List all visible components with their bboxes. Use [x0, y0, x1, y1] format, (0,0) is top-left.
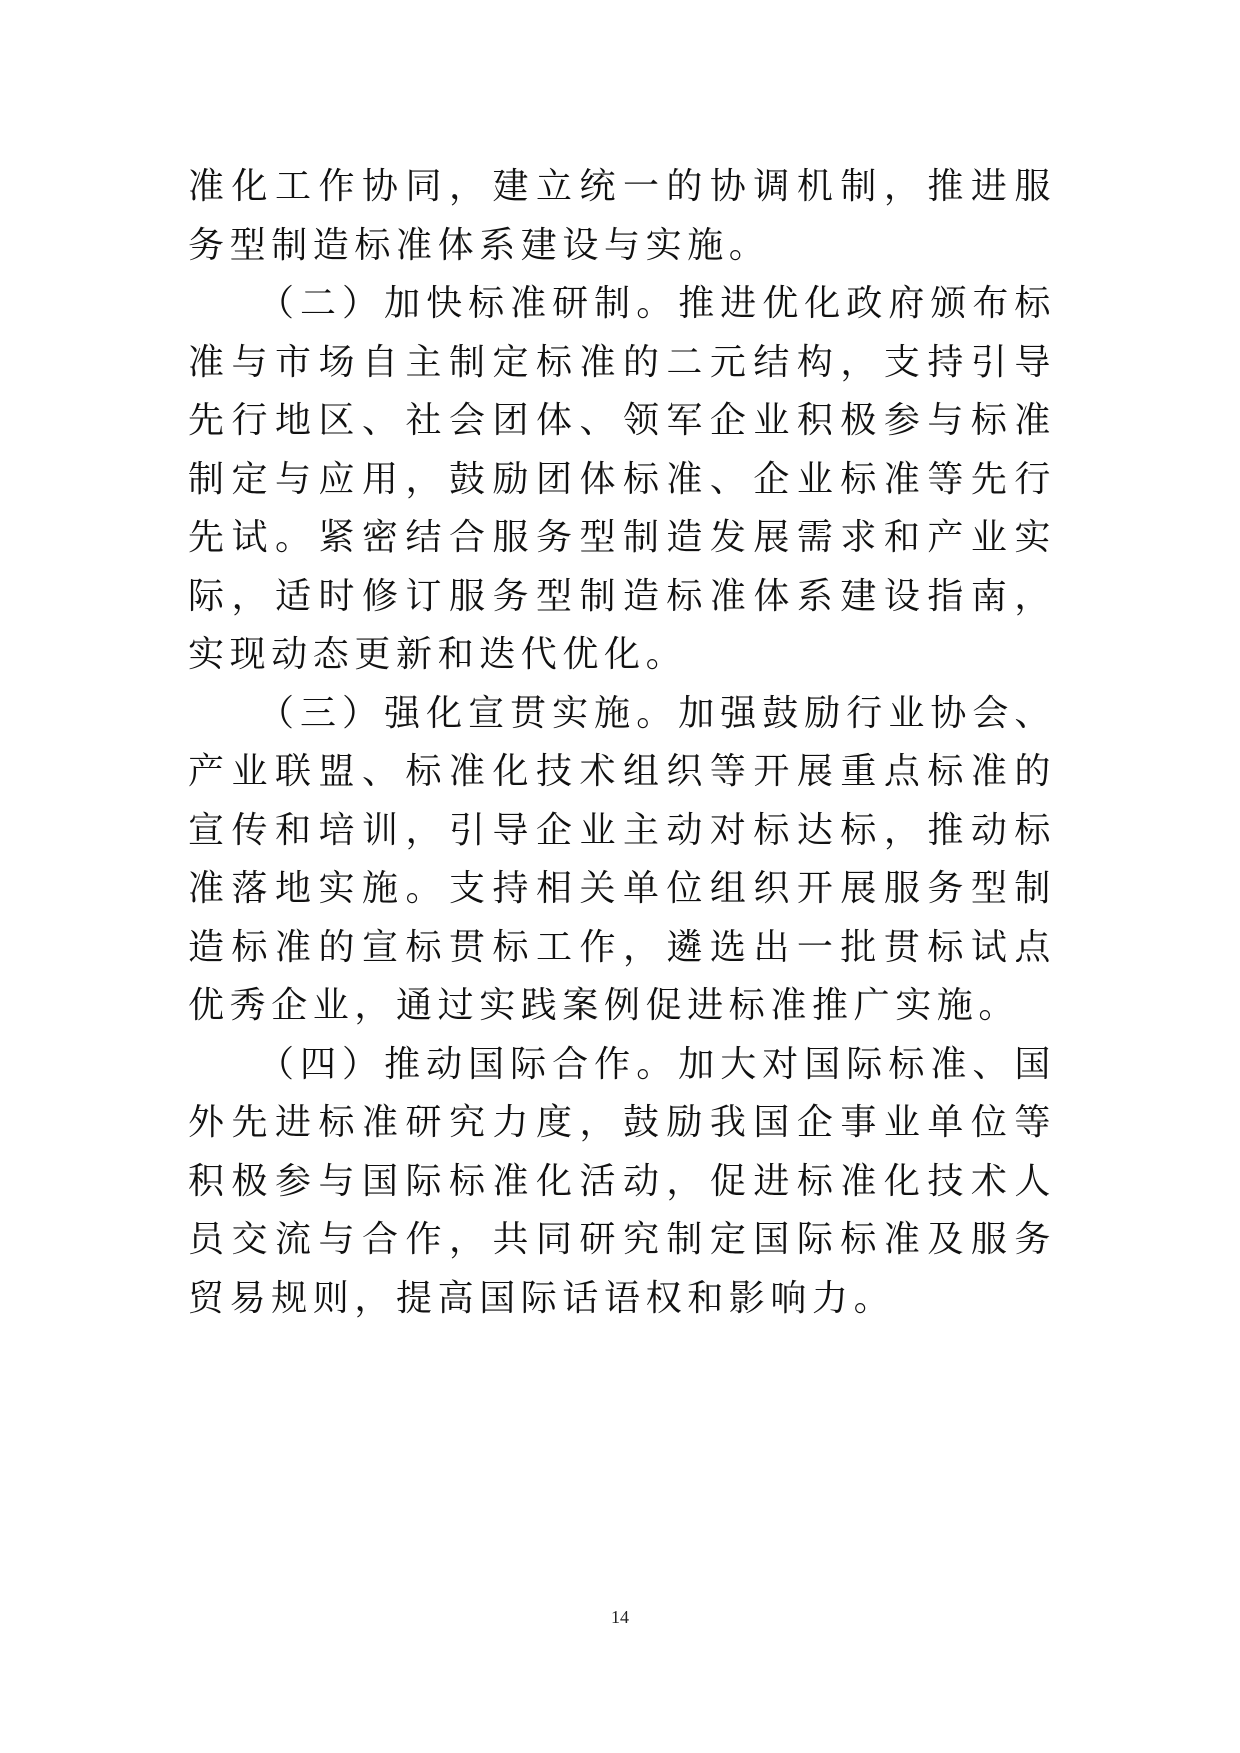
paragraph-accelerate-standards: （二）加快标准研制。推进优化政府颁布标准与市场自主制定标准的二元结构，支持引导先…	[188, 275, 1056, 685]
paragraph-continuation: 准化工作协同，建立统一的协调机制，推进服务型制造标准体系建设与实施。	[188, 158, 1056, 275]
paragraph-strengthen-implementation: （三）强化宣贯实施。加强鼓励行业协会、产业联盟、标准化技术组织等开展重点标准的宣…	[188, 685, 1056, 1036]
paragraph-international-cooperation: （四）推动国际合作。加大对国际标准、国外先进标准研究力度，鼓励我国企事业单位等积…	[188, 1036, 1056, 1329]
body-text: 准化工作协同，建立统一的协调机制，推进服务型制造标准体系建设与实施。 （二）加快…	[188, 158, 1056, 1328]
document-page: 准化工作协同，建立统一的协调机制，推进服务型制造标准体系建设与实施。 （二）加快…	[0, 0, 1240, 1753]
page-number: 14	[0, 1607, 1240, 1628]
